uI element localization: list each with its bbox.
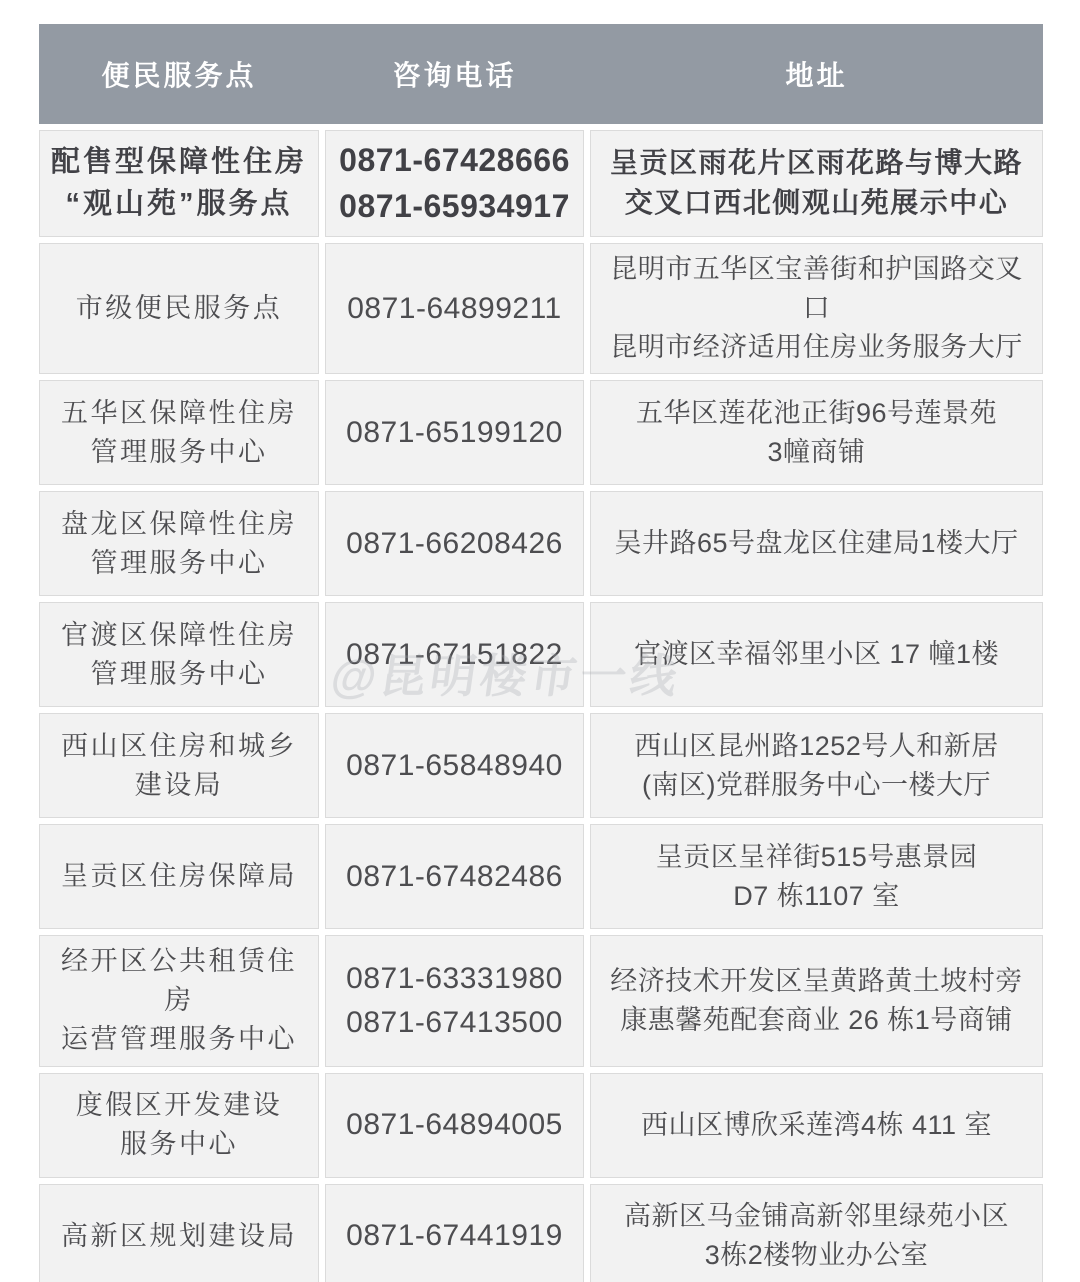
- service-point-name: 五华区保障性住房 管理服务中心: [39, 380, 319, 485]
- table-row: 五华区保障性住房 管理服务中心 0871-65199120 五华区莲花池正街96…: [39, 380, 1043, 485]
- service-point-phone: 0871-65848940: [325, 713, 584, 818]
- table-row: 配售型保障性住房 “观山苑”服务点 0871-67428666 0871-659…: [39, 130, 1043, 237]
- service-point-name: 市级便民服务点: [39, 243, 319, 374]
- service-point-phone: 0871-67428666 0871-65934917: [325, 130, 584, 237]
- service-point-phone: 0871-67441919: [325, 1184, 584, 1282]
- table-header: 便民服务点 咨询电话 地址: [39, 24, 1043, 124]
- service-point-address: 高新区马金铺高新邻里绿苑小区 3栋2楼物业办公室: [590, 1184, 1043, 1282]
- table-row: 经开区公共租赁住房 运营管理服务中心 0871-63331980 0871-67…: [39, 935, 1043, 1066]
- service-point-address: 经济技术开发区呈黄路黄土坡村旁 康惠馨苑配套商业 26 栋1号商铺: [590, 935, 1043, 1066]
- table-body: 配售型保障性住房 “观山苑”服务点 0871-67428666 0871-659…: [39, 130, 1043, 1282]
- service-point-phone: 0871-66208426: [325, 491, 584, 596]
- service-point-name: 西山区住房和城乡 建设局: [39, 713, 319, 818]
- table-row: 呈贡区住房保障局 0871-67482486 呈贡区呈祥街515号惠景园 D7 …: [39, 824, 1043, 929]
- service-point-address: 官渡区幸福邻里小区 17 幢1楼: [590, 602, 1043, 707]
- service-point-address: 吴井路65号盘龙区住建局1楼大厅: [590, 491, 1043, 596]
- service-point-phone: 0871-64894005: [325, 1073, 584, 1178]
- service-point-address: 西山区博欣采莲湾4栋 411 室: [590, 1073, 1043, 1178]
- page: 便民服务点 咨询电话 地址 配售型保障性住房 “观山苑”服务点 0871-674…: [0, 0, 1080, 1282]
- header-col-phone: 咨询电话: [325, 24, 584, 124]
- service-point-phone: 0871-63331980 0871-67413500: [325, 935, 584, 1066]
- service-point-phone: 0871-64899211: [325, 243, 584, 374]
- header-col-address: 地址: [590, 24, 1043, 124]
- service-points-table: 便民服务点 咨询电话 地址 配售型保障性住房 “观山苑”服务点 0871-674…: [39, 24, 1043, 1282]
- service-point-phone: 0871-67151822: [325, 602, 584, 707]
- table-row: 盘龙区保障性住房 管理服务中心 0871-66208426 吴井路65号盘龙区住…: [39, 491, 1043, 596]
- service-point-name: 高新区规划建设局: [39, 1184, 319, 1282]
- service-point-name: 盘龙区保障性住房 管理服务中心: [39, 491, 319, 596]
- table-row: 市级便民服务点 0871-64899211 昆明市五华区宝善街和护国路交叉口 昆…: [39, 243, 1043, 374]
- service-point-address: 呈贡区呈祥街515号惠景园 D7 栋1107 室: [590, 824, 1043, 929]
- service-point-address: 五华区莲花池正街96号莲景苑 3幢商铺: [590, 380, 1043, 485]
- service-point-phone: 0871-67482486: [325, 824, 584, 929]
- header-col-service-point: 便民服务点: [39, 24, 319, 124]
- service-point-address: 西山区昆州路1252号人和新居 (南区)党群服务中心一楼大厅: [590, 713, 1043, 818]
- service-point-name: 配售型保障性住房 “观山苑”服务点: [39, 130, 319, 237]
- table-row: 度假区开发建设 服务中心 0871-64894005 西山区博欣采莲湾4栋 41…: [39, 1073, 1043, 1178]
- service-point-address: 昆明市五华区宝善街和护国路交叉口 昆明市经济适用住房业务服务大厅: [590, 243, 1043, 374]
- service-point-name: 度假区开发建设 服务中心: [39, 1073, 319, 1178]
- service-point-phone: 0871-65199120: [325, 380, 584, 485]
- service-point-name: 经开区公共租赁住房 运营管理服务中心: [39, 935, 319, 1066]
- table-row: 官渡区保障性住房 管理服务中心 0871-67151822 官渡区幸福邻里小区 …: [39, 602, 1043, 707]
- service-point-name: 呈贡区住房保障局: [39, 824, 319, 929]
- service-point-name: 官渡区保障性住房 管理服务中心: [39, 602, 319, 707]
- table-row: 西山区住房和城乡 建设局 0871-65848940 西山区昆州路1252号人和…: [39, 713, 1043, 818]
- table-row: 高新区规划建设局 0871-67441919 高新区马金铺高新邻里绿苑小区 3栋…: [39, 1184, 1043, 1282]
- service-point-address: 呈贡区雨花片区雨花路与博大路 交叉口西北侧观山苑展示中心: [590, 130, 1043, 237]
